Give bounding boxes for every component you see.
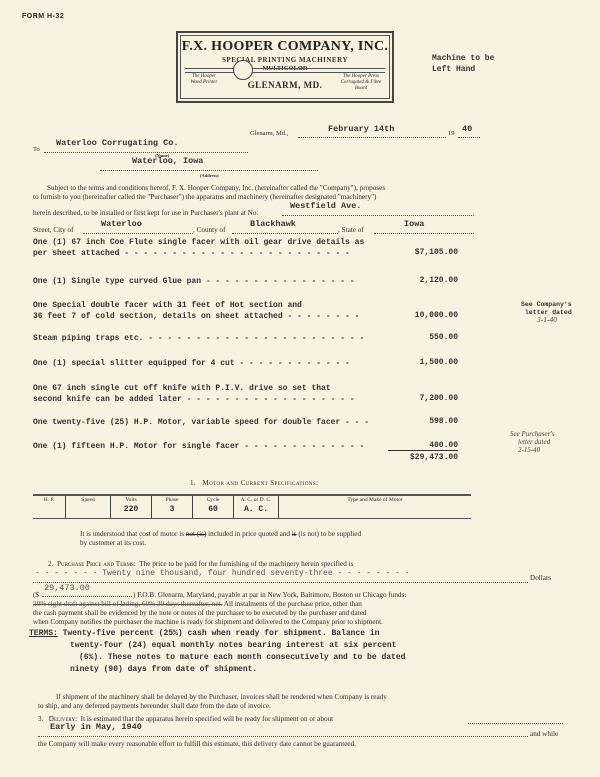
payment-terms-line3: the cash payment shall be evidenced by t… xyxy=(33,609,573,618)
motor-type-make-cell: Type and Make of Motor xyxy=(279,495,472,519)
item-1-line2: per sheet attached - - - - - - - - - - -… xyxy=(33,248,364,259)
company-letter-date: 3-1-40 xyxy=(537,316,572,324)
company-tagline: SPECIAL PRINTING MACHINERY xyxy=(181,56,389,64)
motor-section-number: 1. xyxy=(190,479,196,487)
place-label: Glenarm, Md., xyxy=(250,130,288,137)
motor-phase-cell: Phase3 xyxy=(152,495,193,519)
recipient-name-field: Waterloo Corrugating Co. xyxy=(44,140,248,153)
payment-terms-line4: when Company notifies the purchaser the … xyxy=(33,618,573,627)
delay-clause: If shipment of the machinery shall be de… xyxy=(38,693,568,711)
county-value: Blackhawk xyxy=(250,219,296,229)
item-3-line2: 36 feet 7 of cold section, details on sh… xyxy=(33,311,359,322)
item-7-line1: One twenty-five (25) H.P. Motor, variabl… xyxy=(33,417,369,428)
payment-terms-paragraph: 30% sight draft against bill of lading, … xyxy=(33,600,573,627)
terms-line4: ninety (90) days from date of shipment. xyxy=(70,664,257,675)
amount-words: - - - - - - - Twenty nine thousand, four… xyxy=(35,569,409,578)
line-item-6: One 67 inch single cut off knife with P.… xyxy=(33,383,355,405)
motor-cycle-cell: Cycle60 xyxy=(193,495,234,519)
amount-figure-field: 29,473.00 xyxy=(42,586,132,597)
item-5-price: 1,500.00 xyxy=(388,358,458,367)
company-logo: F.X. HOOPER COMPANY, INC. SPECIAL PRINTI… xyxy=(176,31,394,103)
state-value: Iowa xyxy=(404,219,424,229)
machine-note: Machine to be Left Hand xyxy=(432,53,494,75)
logo-shaft-graphic xyxy=(185,68,385,73)
struck-text: 30% sight draft against bill of lading, … xyxy=(33,600,222,608)
recipient-name: Waterloo Corrugating Co. xyxy=(56,138,178,148)
line-item-7: One twenty-five (25) H.P. Motor, variabl… xyxy=(33,417,369,428)
motor-hp-cell: H. P. xyxy=(33,495,66,519)
line-item-2: One (1) Single type curved Glue pan - - … xyxy=(33,276,355,287)
amount-words-field: - - - - - - - Twenty nine thousand, four… xyxy=(33,571,528,583)
item-3-line1: One Special double facer with 31 feet of… xyxy=(33,300,359,311)
intro-paragraph: Subject to the terms and conditions here… xyxy=(33,184,573,202)
purchase-section-number: 2. xyxy=(48,560,53,568)
item-8-line1: One (1) fifteen H.P. Motor for single fa… xyxy=(33,441,364,452)
state-label: , State of xyxy=(338,226,364,235)
plant-address: Westfield Ave. xyxy=(290,201,361,211)
form-number: FORM H-32 xyxy=(22,13,64,20)
motor-section-heading: 1. Motor and Current Specifications: xyxy=(190,479,318,487)
purchase-section-text: The price to be paid for the furnishing … xyxy=(139,560,353,568)
item-6-line1: One 67 inch single cut off knife with P.… xyxy=(33,383,355,394)
machine-note-line1: Machine to be xyxy=(432,53,494,64)
logo-left-caption: The Hooper Wood Printer xyxy=(187,74,221,86)
company-letter-note-line1: See Company's xyxy=(521,301,572,309)
item-8-price: 400.00 xyxy=(388,441,458,451)
item-6-price: 7,200.00 xyxy=(388,394,458,403)
delivery-disclaimer: the Company will make every reasonable e… xyxy=(38,740,568,749)
amount-figure: 29,473.00 xyxy=(44,583,90,593)
terms-line3: (6%). These notes to mature each month c… xyxy=(79,652,405,663)
dollars-label: Dollars xyxy=(530,574,551,583)
item-6-line2: second knife can be added later - - - - … xyxy=(33,394,355,405)
item-2-line1: One (1) Single type curved Glue pan - - … xyxy=(33,276,355,287)
total-price: $29,473.00 xyxy=(388,453,458,462)
motor-section-title: Motor and Current Specifications: xyxy=(203,479,319,487)
and-while-text: and while xyxy=(530,730,558,739)
year-field: 40 xyxy=(458,126,480,138)
item-4-price: 550.00 xyxy=(388,333,458,342)
state-field: Iowa xyxy=(374,222,474,234)
purchaser-letter-date: 2-15-40 xyxy=(518,446,555,454)
struck-text: is xyxy=(292,530,297,538)
line-item-4: Steam piping traps etc. - - - - - - - - … xyxy=(33,333,364,344)
line-item-1: One (1) 67 inch Coe Flute single facer w… xyxy=(33,237,364,259)
delay-clause-line1: If shipment of the machinery shall be de… xyxy=(38,693,568,702)
motor-cost-note-line2: by customer at its cost. xyxy=(80,539,520,548)
purchaser-letter-note: See Purchaser's letter dated 2-15-40 xyxy=(510,430,555,454)
struck-text: not (is) xyxy=(186,530,207,538)
recipient-address-field: Waterloo, Iowa xyxy=(100,158,318,171)
company-name: F.X. HOOPER COMPANY, INC. xyxy=(181,39,389,55)
item-5-line1: One (1) special slitter equipped for 4 c… xyxy=(33,358,350,369)
logo-roller-graphic xyxy=(233,60,253,80)
plant-label: herein described, to be installed or fir… xyxy=(33,209,258,218)
recipient-address: Waterloo, Iowa xyxy=(132,156,203,166)
purchaser-letter-note-line2: letter dated xyxy=(518,438,555,446)
terms-line2: twenty-four (24) equal monthly notes bea… xyxy=(70,640,396,651)
motor-spec-table: H. P. Speed Volts220 Phase3 Cycle60 A. C… xyxy=(33,494,471,519)
motor-cost-note: It is understood that cost of motor is n… xyxy=(80,530,520,548)
plant-address-field: Westfield Ave. xyxy=(282,204,474,216)
city-field: Waterloo xyxy=(83,222,193,234)
item-4-line1: Steam piping traps etc. - - - - - - - - … xyxy=(33,333,364,344)
fob-text: ) F.O.B. Glenarm, Maryland, payable at p… xyxy=(133,591,406,600)
motor-volts-cell: Volts220 xyxy=(111,495,152,519)
to-label: To xyxy=(33,146,40,153)
delay-clause-line2: to ship, and any deferred payments hereu… xyxy=(38,702,568,711)
machine-note-line2: Left Hand xyxy=(432,64,494,75)
terms-line1: Twenty-five percent (25%) cash when read… xyxy=(63,629,380,638)
county-label: , County of xyxy=(193,226,226,235)
item-3-price: 10,000.00 xyxy=(388,311,458,320)
item-7-price: 598.00 xyxy=(388,417,458,426)
item-2-price: 2,120.00 xyxy=(388,276,458,285)
company-letter-note: See Company's letter dated 3-1-40 xyxy=(521,301,572,324)
terms-label: TERMS: xyxy=(29,629,58,638)
year-prefix: 19 xyxy=(448,130,455,137)
address-caption: (Address) xyxy=(200,173,219,178)
purchase-price-heading-line: 2. Purchase Price and Terms: The price t… xyxy=(48,560,568,569)
delivery-estimate-field: Early in May, 1940 xyxy=(38,724,528,737)
city-value: Waterloo xyxy=(101,219,142,229)
purchase-section-title: Purchase Price and Terms: xyxy=(57,560,136,568)
date-field: February 14th xyxy=(298,126,446,138)
delivery-date-line xyxy=(468,714,563,724)
item-1-price: $7,105.00 xyxy=(388,248,458,257)
motor-speed-cell: Speed xyxy=(66,495,111,519)
amount-prefix: ($ xyxy=(33,591,39,600)
delivery-section-number: 3. xyxy=(38,715,43,723)
item-1-line1: One (1) 67 inch Coe Flute single facer w… xyxy=(33,237,364,248)
year-value: 40 xyxy=(462,124,472,134)
line-item-5: One (1) special slitter equipped for 4 c… xyxy=(33,358,350,369)
line-item-8: One (1) fifteen H.P. Motor for single fa… xyxy=(33,441,364,452)
motor-current-type-cell: A. C. or D. C.A. C. xyxy=(234,495,279,519)
delivery-estimate: Early in May, 1940 xyxy=(50,722,142,732)
logo-right-caption: The Hooper Press Corrugated & Fibre Boar… xyxy=(339,74,383,92)
street-city-label: Street, City of xyxy=(33,226,74,235)
terms-block: TERMS: Twenty-five percent (25%) cash wh… xyxy=(29,628,379,639)
purchaser-letter-note-line1: See Purchaser's xyxy=(510,430,555,438)
county-field: Blackhawk xyxy=(232,222,338,234)
intro-line1: Subject to the terms and conditions here… xyxy=(33,184,573,193)
date-value: February 14th xyxy=(328,124,394,134)
line-item-3: One Special double facer with 31 feet of… xyxy=(33,300,359,322)
